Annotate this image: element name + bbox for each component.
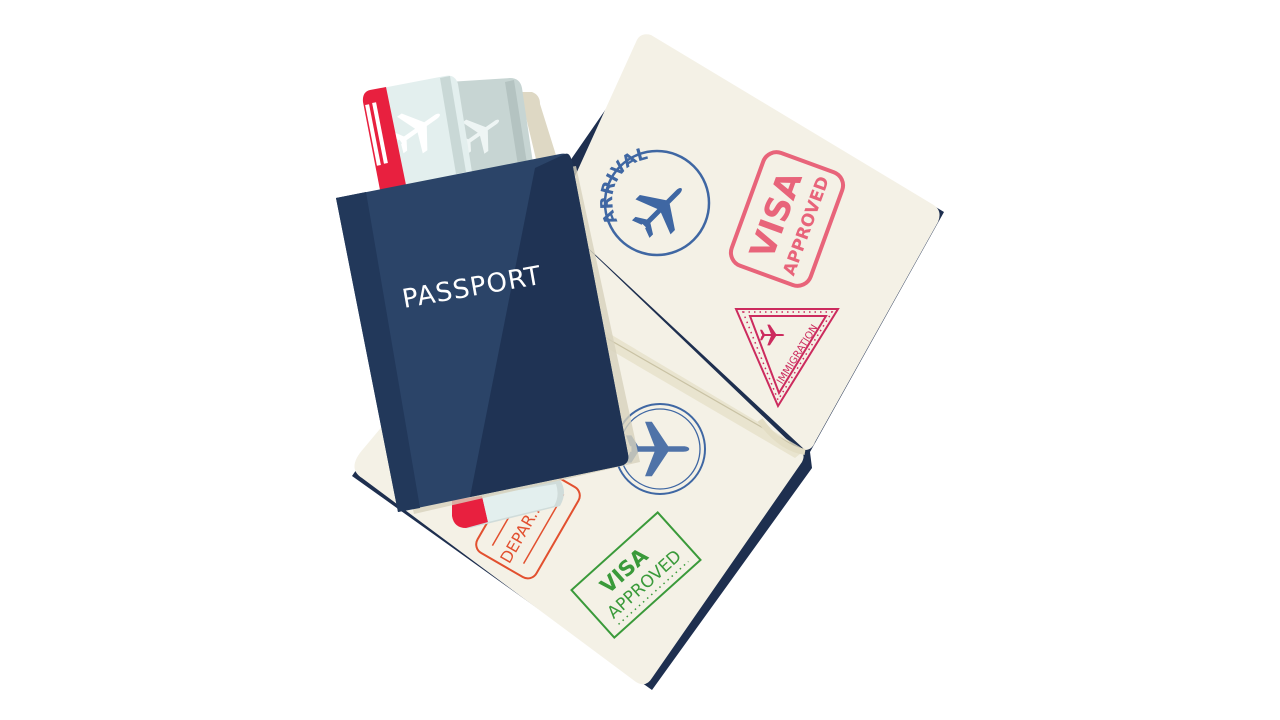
passport-illustration: ARRIVAL VISA APPROVED IMMIGRATION bbox=[0, 0, 1280, 720]
